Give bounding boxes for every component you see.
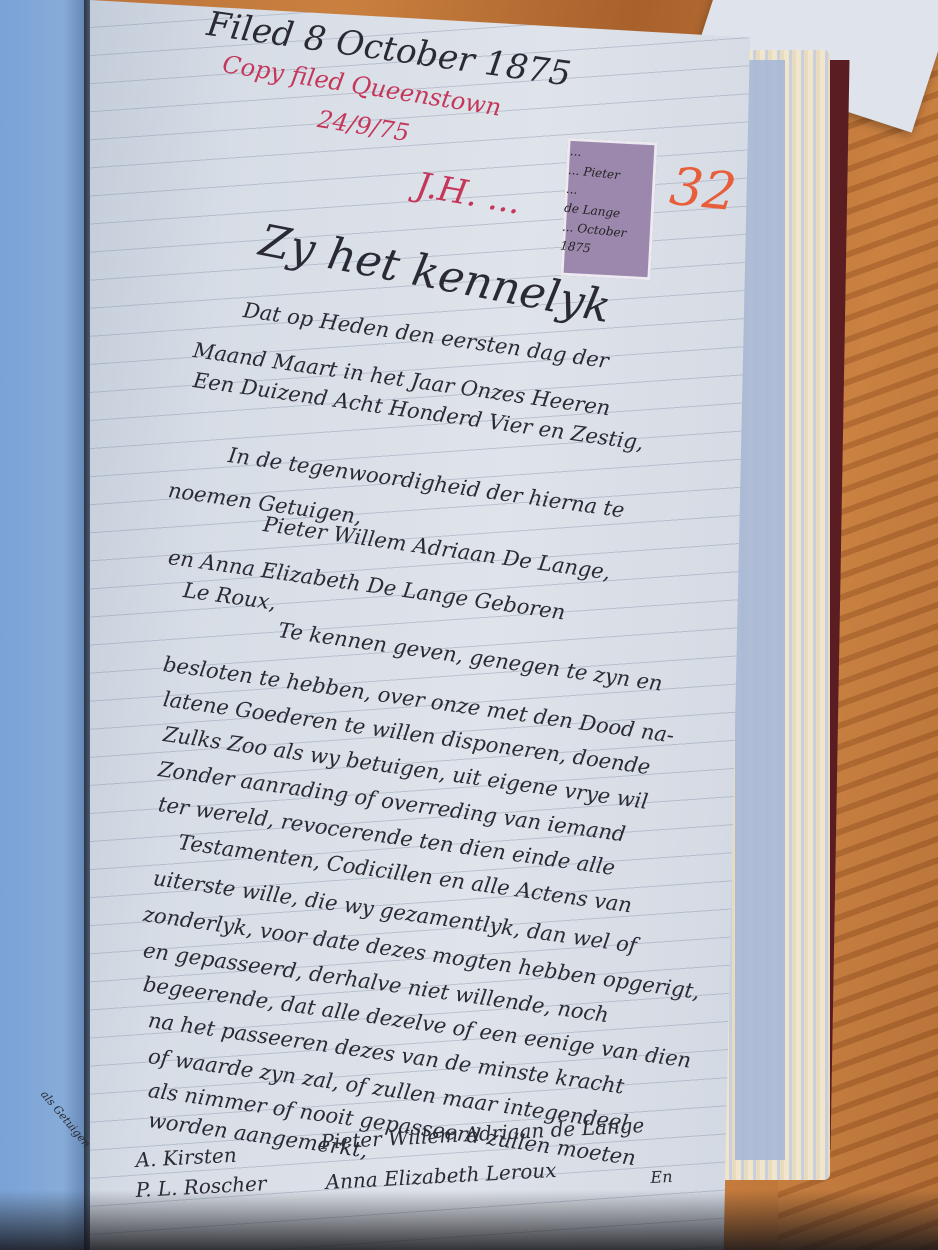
stamp-cancellation-text: ... ... Pieter ... de Lange ... October … xyxy=(559,142,635,262)
book-gutter xyxy=(84,0,90,1250)
catchword: En xyxy=(650,1167,673,1187)
left-page xyxy=(0,0,90,1250)
page-number: 32 xyxy=(667,157,739,224)
bottom-shadow xyxy=(0,1190,938,1250)
